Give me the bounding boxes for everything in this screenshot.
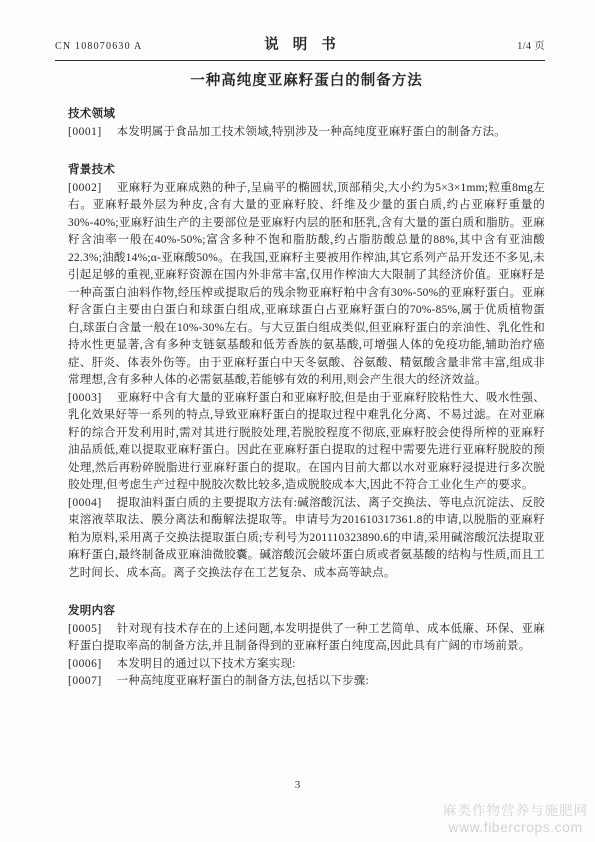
publication-number: CN 108070630 A — [55, 41, 250, 52]
paragraph-number: [0004] — [68, 495, 102, 513]
paragraph-text: 本发明属于食品加工技术领域,特别涉及一种高纯度亚麻籽蛋白的制备方法。 — [117, 126, 506, 138]
paragraph-text: 一种高纯度亚麻籽蛋白的制备方法,包括以下步骤: — [117, 675, 369, 687]
document-type-title: 说明书 — [250, 33, 350, 54]
section-heading: 背景技术 — [68, 162, 545, 180]
watermark-url: www.fibercrops.com — [443, 819, 588, 835]
document-body: 一种高纯度亚麻籽蛋白的制备方法 技术领域 [0001]本发明属于食品加工技术领域… — [68, 71, 545, 691]
paragraph-text: 针对现有技术存在的上述问题,本发明提供了一种工艺简单、成本低廉、环保、亚麻籽蛋白… — [68, 623, 545, 653]
section-heading: 发明内容 — [68, 603, 545, 621]
section-background-art: 背景技术 [0002]亚麻籽为亚麻成熟的种子,呈扁平的椭圆状,顶部稍尖,大小约为… — [68, 162, 545, 582]
page-number: 3 — [0, 779, 595, 791]
invention-title: 一种高纯度亚麻籽蛋白的制备方法 — [68, 71, 545, 91]
paragraph-0002: [0002]亚麻籽为亚麻成熟的种子,呈扁平的椭圆状,顶部稍尖,大小约为5×3×1… — [68, 180, 545, 390]
paragraph-text: 亚麻籽为亚麻成熟的种子,呈扁平的椭圆状,顶部稍尖,大小约为5×3×1mm;粒重8… — [68, 182, 545, 387]
watermark-site-name: 麻类作物营养与施肥网 — [443, 803, 588, 819]
paragraph-0006: [0006]本发明目的通过以下技术方案实现: — [68, 656, 545, 674]
paragraph-number: [0001] — [68, 124, 102, 142]
paragraph-number: [0005] — [68, 621, 102, 639]
paragraph-number: [0003] — [68, 390, 102, 408]
page-header: CN 108070630 A 说明书 1/4 页 — [55, 33, 545, 61]
paragraph-0003: [0003]亚麻籽中含有大量的亚麻籽蛋白和亚麻籽胶,但是由于亚麻籽胶粘性大、吸水… — [68, 390, 545, 495]
watermark: 麻类作物营养与施肥网 www.fibercrops.com — [443, 803, 588, 835]
paragraph-text: 本发明目的通过以下技术方案实现: — [117, 658, 296, 670]
paragraph-0007: [0007]一种高纯度亚麻籽蛋白的制备方法,包括以下步骤: — [68, 673, 545, 691]
page-indicator: 1/4 页 — [350, 37, 545, 52]
section-heading: 技术领域 — [68, 106, 545, 124]
paragraph-0005: [0005]针对现有技术存在的上述问题,本发明提供了一种工艺简单、成本低廉、环保… — [68, 621, 545, 656]
paragraph-0004: [0004]提取油料蛋白质的主要提取方法有:碱溶酸沉法、离子交换法、等电点沉淀法… — [68, 495, 545, 583]
paragraph-text: 提取油料蛋白质的主要提取方法有:碱溶酸沉法、离子交换法、等电点沉淀法、反胶束溶液… — [68, 497, 545, 579]
paragraph-number: [0006] — [68, 656, 102, 674]
paragraph-number: [0007] — [68, 673, 102, 691]
paragraph-number: [0002] — [68, 180, 102, 198]
section-technical-field: 技术领域 [0001]本发明属于食品加工技术领域,特别涉及一种高纯度亚麻籽蛋白的… — [68, 106, 545, 141]
patent-specification-page: CN 108070630 A 说明书 1/4 页 一种高纯度亚麻籽蛋白的制备方法… — [0, 0, 595, 842]
section-summary-of-invention: 发明内容 [0005]针对现有技术存在的上述问题,本发明提供了一种工艺简单、成本… — [68, 603, 545, 691]
paragraph-0001: [0001]本发明属于食品加工技术领域,特别涉及一种高纯度亚麻籽蛋白的制备方法。 — [68, 124, 545, 142]
paragraph-text: 亚麻籽中含有大量的亚麻籽蛋白和亚麻籽胶,但是由于亚麻籽胶粘性大、吸水性强、乳化效… — [68, 392, 545, 492]
